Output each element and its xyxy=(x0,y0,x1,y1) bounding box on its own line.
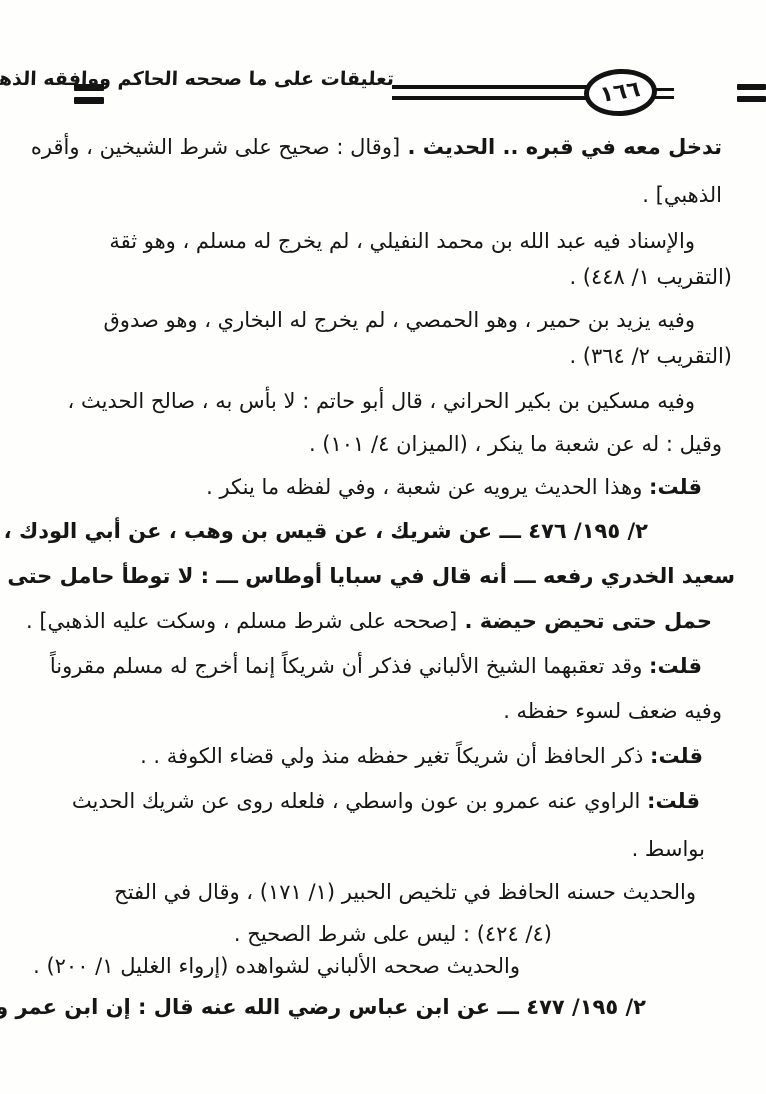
body-line: وفيه مسكين بن بكير الحراني ، قال أبو حات… xyxy=(68,384,696,418)
commentary-text-segment: وهذا الحديث يرويه عن شعبة ، وفي لفظه ما … xyxy=(206,475,649,499)
body-line: تدخل معه في قبره .. الحديث . [وقال : صحي… xyxy=(31,130,722,164)
body-line: قلت: الراوي عنه عمرو بن عون واسطي ، فلعل… xyxy=(72,784,700,818)
header-right-ornament-bars xyxy=(737,84,766,108)
commentary-text-segment: ذكر الحافظ أن شريكاً تغير حفظه منذ ولي ق… xyxy=(140,744,650,768)
body-line: والحديث صححه الألباني لشواهده (إرواء الغ… xyxy=(33,949,520,983)
commentary-text-segment: والإسناد فيه عبد الله بن محمد النفيلي ، … xyxy=(109,229,695,253)
body-line: حمل حتى تحيض حيضة . [صححه على شرط مسلم ،… xyxy=(26,604,712,638)
matn-text-segment: قلت: xyxy=(649,475,702,499)
commentary-text-segment: (٤/ ٤٢٤) : ليس على شرط الصحيح . xyxy=(234,922,552,946)
commentary-text-segment: (التقريب ١/ ٤٤٨) . xyxy=(569,265,732,289)
body-line: ٢/ ١٩٥/ ٤٧٦ ـــ عن شريك ، عن قيس بن وهب … xyxy=(0,514,648,548)
body-line: ٢/ ١٩٥/ ٤٧٧ ـــ عن ابن عباس رضي الله عنه… xyxy=(0,990,646,1024)
book-title: تعليقات على ما صححه الحاكم ووافقه الذهبي xyxy=(104,68,395,90)
body-line: قلت: وهذا الحديث يرويه عن شعبة ، وفي لفظ… xyxy=(206,470,702,504)
body-line: وفيه يزيد بن حمير ، وهو الحمصي ، لم يخرج… xyxy=(104,303,695,337)
body-line: (التقريب ١/ ٤٤٨) . xyxy=(569,260,732,294)
body-line: سعيد الخدري رفعه ـــ أنه قال في سبايا أو… xyxy=(0,559,735,593)
body-line: (٤/ ٤٢٤) : ليس على شرط الصحيح . xyxy=(234,917,552,951)
matn-text-segment: سعيد الخدري رفعه ـــ أنه قال في سبايا أو… xyxy=(0,564,735,588)
body-line: قلت: وقد تعقبهما الشيخ الألباني فذكر أن … xyxy=(50,649,702,683)
matn-text-segment: حمل حتى تحيض حيضة . xyxy=(457,609,712,633)
body-line: (التقريب ٢/ ٣٦٤) . xyxy=(569,339,732,373)
commentary-text-segment: والحديث صححه الألباني لشواهده (إرواء الغ… xyxy=(33,954,520,978)
commentary-text-segment: (التقريب ٢/ ٣٦٤) . xyxy=(569,344,732,368)
commentary-text-segment: والحديث حسنه الحافظ في تلخيص الحبير (١/ … xyxy=(114,880,696,904)
commentary-text-segment: بواسط . xyxy=(632,837,705,861)
matn-text-segment: ٢/ ١٩٥/ ٤٧٧ ـــ عن ابن عباس رضي الله عنه… xyxy=(0,995,646,1019)
commentary-text-segment: الراوي عنه عمرو بن عون واسطي ، فلعله روى… xyxy=(72,789,647,813)
body-line: وقيل : له عن شعبة ما ينكر ، (الميزان ٤/ … xyxy=(309,427,722,461)
book-page: تعليقات على ما صححه الحاكم ووافقه الذهبي… xyxy=(0,0,766,1094)
body-line: والإسناد فيه عبد الله بن محمد النفيلي ، … xyxy=(109,224,695,258)
commentary-text-segment: الذهبي] . xyxy=(642,183,722,207)
header-rule-stub xyxy=(652,88,674,99)
page-number: ١٦٦ xyxy=(599,78,642,106)
matn-text-segment: قلت: xyxy=(647,789,700,813)
matn-text-segment: ٢/ ١٩٥/ ٤٧٦ ـــ عن شريك ، عن قيس بن وهب … xyxy=(0,519,648,543)
matn-text-segment: قلت: xyxy=(649,654,702,678)
commentary-text-segment: وقد تعقبهما الشيخ الألباني فذكر أن شريكا… xyxy=(50,654,649,678)
page-number-oval: ١٦٦ xyxy=(583,67,658,118)
commentary-text-segment: وفيه ضعف لسوء حفظه . xyxy=(503,699,722,723)
commentary-text-segment: وفيه يزيد بن حمير ، وهو الحمصي ، لم يخرج… xyxy=(104,308,695,332)
header-double-rule xyxy=(392,85,590,100)
matn-text-segment: تدخل معه في قبره .. الحديث . xyxy=(400,135,722,159)
commentary-text-segment: وفيه مسكين بن بكير الحراني ، قال أبو حات… xyxy=(68,389,696,413)
commentary-text-segment: وقيل : له عن شعبة ما ينكر ، (الميزان ٤/ … xyxy=(309,432,722,456)
commentary-text-segment: [وقال : صحيح على شرط الشيخين ، وأقره xyxy=(31,135,400,159)
commentary-text-segment: [صححه على شرط مسلم ، وسكت عليه الذهبي] . xyxy=(26,609,457,633)
body-line: قلت: ذكر الحافظ أن شريكاً تغير حفظه منذ … xyxy=(140,739,703,773)
body-line: والحديث حسنه الحافظ في تلخيص الحبير (١/ … xyxy=(114,875,696,909)
body-line: بواسط . xyxy=(632,832,705,866)
body-line: الذهبي] . xyxy=(642,178,722,212)
matn-text-segment: قلت: xyxy=(650,744,703,768)
body-line: وفيه ضعف لسوء حفظه . xyxy=(503,694,722,728)
